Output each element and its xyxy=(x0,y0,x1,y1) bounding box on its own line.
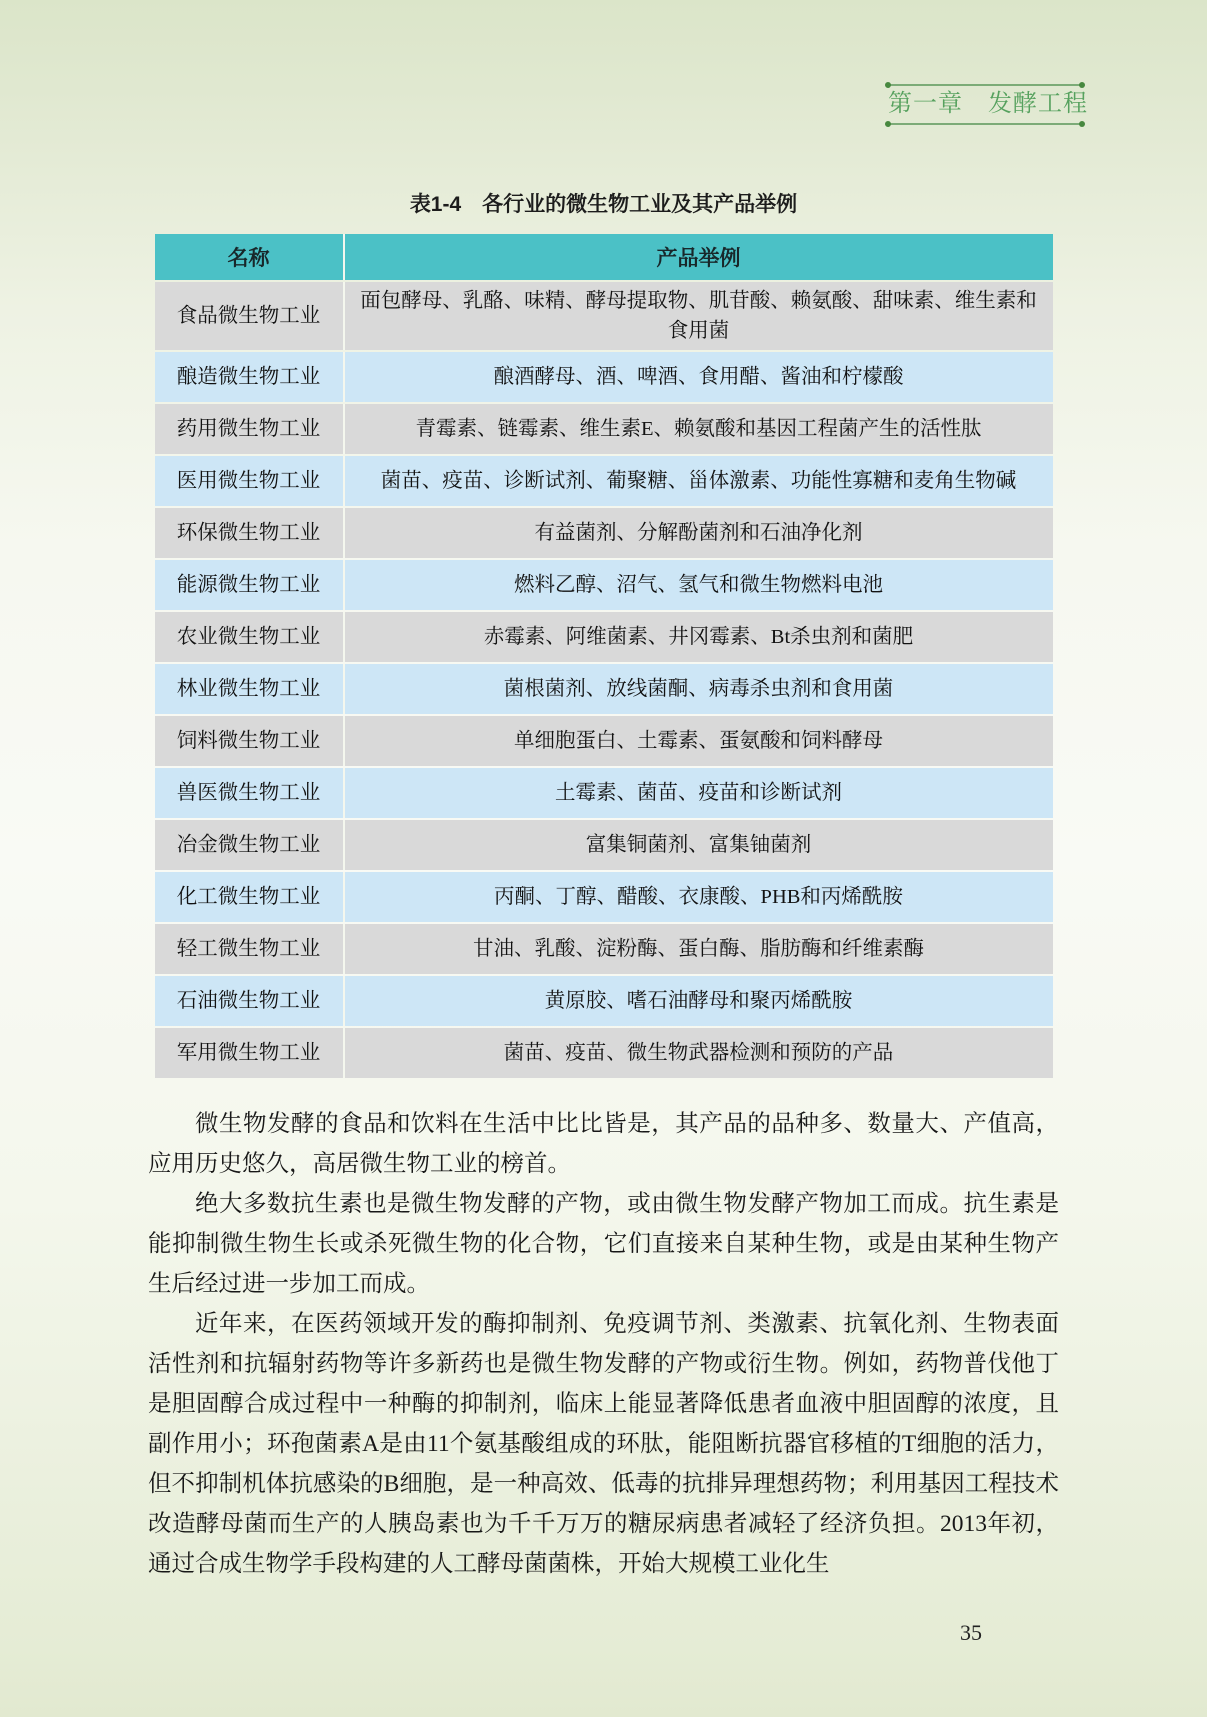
products-cell: 菌苗、疫苗、诊断试剂、葡聚糖、甾体激素、功能性寡糖和麦角生物碱 xyxy=(345,456,1053,506)
products-cell: 酿酒酵母、酒、啤酒、食用醋、酱油和柠檬酸 xyxy=(345,352,1053,402)
table-row: 化工微生物工业丙酮、丁醇、醋酸、衣康酸、PHB和丙烯酰胺 xyxy=(155,872,1053,922)
industry-name-cell: 化工微生物工业 xyxy=(155,872,345,922)
products-cell: 丙酮、丁醇、醋酸、衣康酸、PHB和丙烯酰胺 xyxy=(345,872,1053,922)
table-row: 冶金微生物工业富集铜菌剂、富集铀菌剂 xyxy=(155,820,1053,870)
industry-name-cell: 军用微生物工业 xyxy=(155,1028,345,1078)
products-cell: 富集铜菌剂、富集铀菌剂 xyxy=(345,820,1053,870)
table-row: 林业微生物工业菌根菌剂、放线菌酮、病毒杀虫剂和食用菌 xyxy=(155,664,1053,714)
table-header-row: 名称 产品举例 xyxy=(155,234,1053,280)
industry-name-cell: 石油微生物工业 xyxy=(155,976,345,1026)
paragraph-antibiotics: 绝大多数抗生素也是微生物发酵的产物，或由微生物发酵产物加工而成。抗生素是能抑制微… xyxy=(148,1184,1059,1304)
products-cell: 菌根菌剂、放线菌酮、病毒杀虫剂和食用菌 xyxy=(345,664,1053,714)
paragraph-new-drugs: 近年来，在医药领域开发的酶抑制剂、免疫调节剂、类激素、抗氧化剂、生物表面活性剂和… xyxy=(148,1304,1059,1584)
table-row: 医用微生物工业菌苗、疫苗、诊断试剂、葡聚糖、甾体激素、功能性寡糖和麦角生物碱 xyxy=(155,456,1053,506)
page-content: 表1-4 各行业的微生物工业及其产品举例 名称 产品举例 食品微生物工业面包酵母… xyxy=(0,0,1207,1584)
column-header-name: 名称 xyxy=(155,234,345,280)
products-cell: 燃料乙醇、沼气、氢气和微生物燃料电池 xyxy=(345,560,1053,610)
products-cell: 甘油、乳酸、淀粉酶、蛋白酶、脂肪酶和纤维素酶 xyxy=(345,924,1053,974)
industry-name-cell: 食品微生物工业 xyxy=(155,282,345,350)
table-row: 军用微生物工业菌苗、疫苗、微生物武器检测和预防的产品 xyxy=(155,1028,1053,1078)
table-row: 农业微生物工业赤霉素、阿维菌素、井冈霉素、Bt杀虫剂和菌肥 xyxy=(155,612,1053,662)
table-row: 能源微生物工业燃料乙醇、沼气、氢气和微生物燃料电池 xyxy=(155,560,1053,610)
industry-name-cell: 环保微生物工业 xyxy=(155,508,345,558)
products-cell: 土霉素、菌苗、疫苗和诊断试剂 xyxy=(345,768,1053,818)
table-row: 食品微生物工业面包酵母、乳酪、味精、酵母提取物、肌苷酸、赖氨酸、甜味素、维生素和… xyxy=(155,282,1053,350)
table-row: 石油微生物工业黄原胶、嗜石油酵母和聚丙烯酰胺 xyxy=(155,976,1053,1026)
industry-name-cell: 能源微生物工业 xyxy=(155,560,345,610)
industry-name-cell: 兽医微生物工业 xyxy=(155,768,345,818)
table-row: 酿造微生物工业酿酒酵母、酒、啤酒、食用醋、酱油和柠檬酸 xyxy=(155,352,1053,402)
products-cell: 黄原胶、嗜石油酵母和聚丙烯酰胺 xyxy=(345,976,1053,1026)
paragraph-food-ferment: 微生物发酵的食品和饮料在生活中比比皆是，其产品的品种多、数量大、产值高，应用历史… xyxy=(148,1104,1059,1184)
products-cell: 有益菌剂、分解酚菌剂和石油净化剂 xyxy=(345,508,1053,558)
industry-name-cell: 酿造微生物工业 xyxy=(155,352,345,402)
table-row: 药用微生物工业青霉素、链霉素、维生素E、赖氨酸和基因工程菌产生的活性肽 xyxy=(155,404,1053,454)
products-cell: 面包酵母、乳酪、味精、酵母提取物、肌苷酸、赖氨酸、甜味素、维生素和食用菌 xyxy=(345,282,1053,350)
industry-name-cell: 药用微生物工业 xyxy=(155,404,345,454)
table-row: 轻工微生物工业甘油、乳酸、淀粉酶、蛋白酶、脂肪酶和纤维素酶 xyxy=(155,924,1053,974)
industry-table: 名称 产品举例 食品微生物工业面包酵母、乳酪、味精、酵母提取物、肌苷酸、赖氨酸、… xyxy=(155,234,1053,1078)
industry-name-cell: 医用微生物工业 xyxy=(155,456,345,506)
table-row: 兽医微生物工业土霉素、菌苗、疫苗和诊断试剂 xyxy=(155,768,1053,818)
table-row: 饲料微生物工业单细胞蛋白、土霉素、蛋氨酸和饲料酵母 xyxy=(155,716,1053,766)
table-row: 环保微生物工业有益菌剂、分解酚菌剂和石油净化剂 xyxy=(155,508,1053,558)
industry-name-cell: 轻工微生物工业 xyxy=(155,924,345,974)
products-cell: 赤霉素、阿维菌素、井冈霉素、Bt杀虫剂和菌肥 xyxy=(345,612,1053,662)
body-text: 微生物发酵的食品和饮料在生活中比比皆是，其产品的品种多、数量大、产值高，应用历史… xyxy=(148,1104,1059,1584)
page-number: 35 xyxy=(960,1620,982,1646)
column-header-products: 产品举例 xyxy=(345,234,1053,280)
table-body: 食品微生物工业面包酵母、乳酪、味精、酵母提取物、肌苷酸、赖氨酸、甜味素、维生素和… xyxy=(155,282,1053,1078)
products-cell: 青霉素、链霉素、维生素E、赖氨酸和基因工程菌产生的活性肽 xyxy=(345,404,1053,454)
industry-name-cell: 农业微生物工业 xyxy=(155,612,345,662)
industry-name-cell: 林业微生物工业 xyxy=(155,664,345,714)
products-cell: 菌苗、疫苗、微生物武器检测和预防的产品 xyxy=(345,1028,1053,1078)
table-title: 表1-4 各行业的微生物工业及其产品举例 xyxy=(155,188,1053,218)
products-cell: 单细胞蛋白、土霉素、蛋氨酸和饲料酵母 xyxy=(345,716,1053,766)
industry-name-cell: 饲料微生物工业 xyxy=(155,716,345,766)
industry-name-cell: 冶金微生物工业 xyxy=(155,820,345,870)
